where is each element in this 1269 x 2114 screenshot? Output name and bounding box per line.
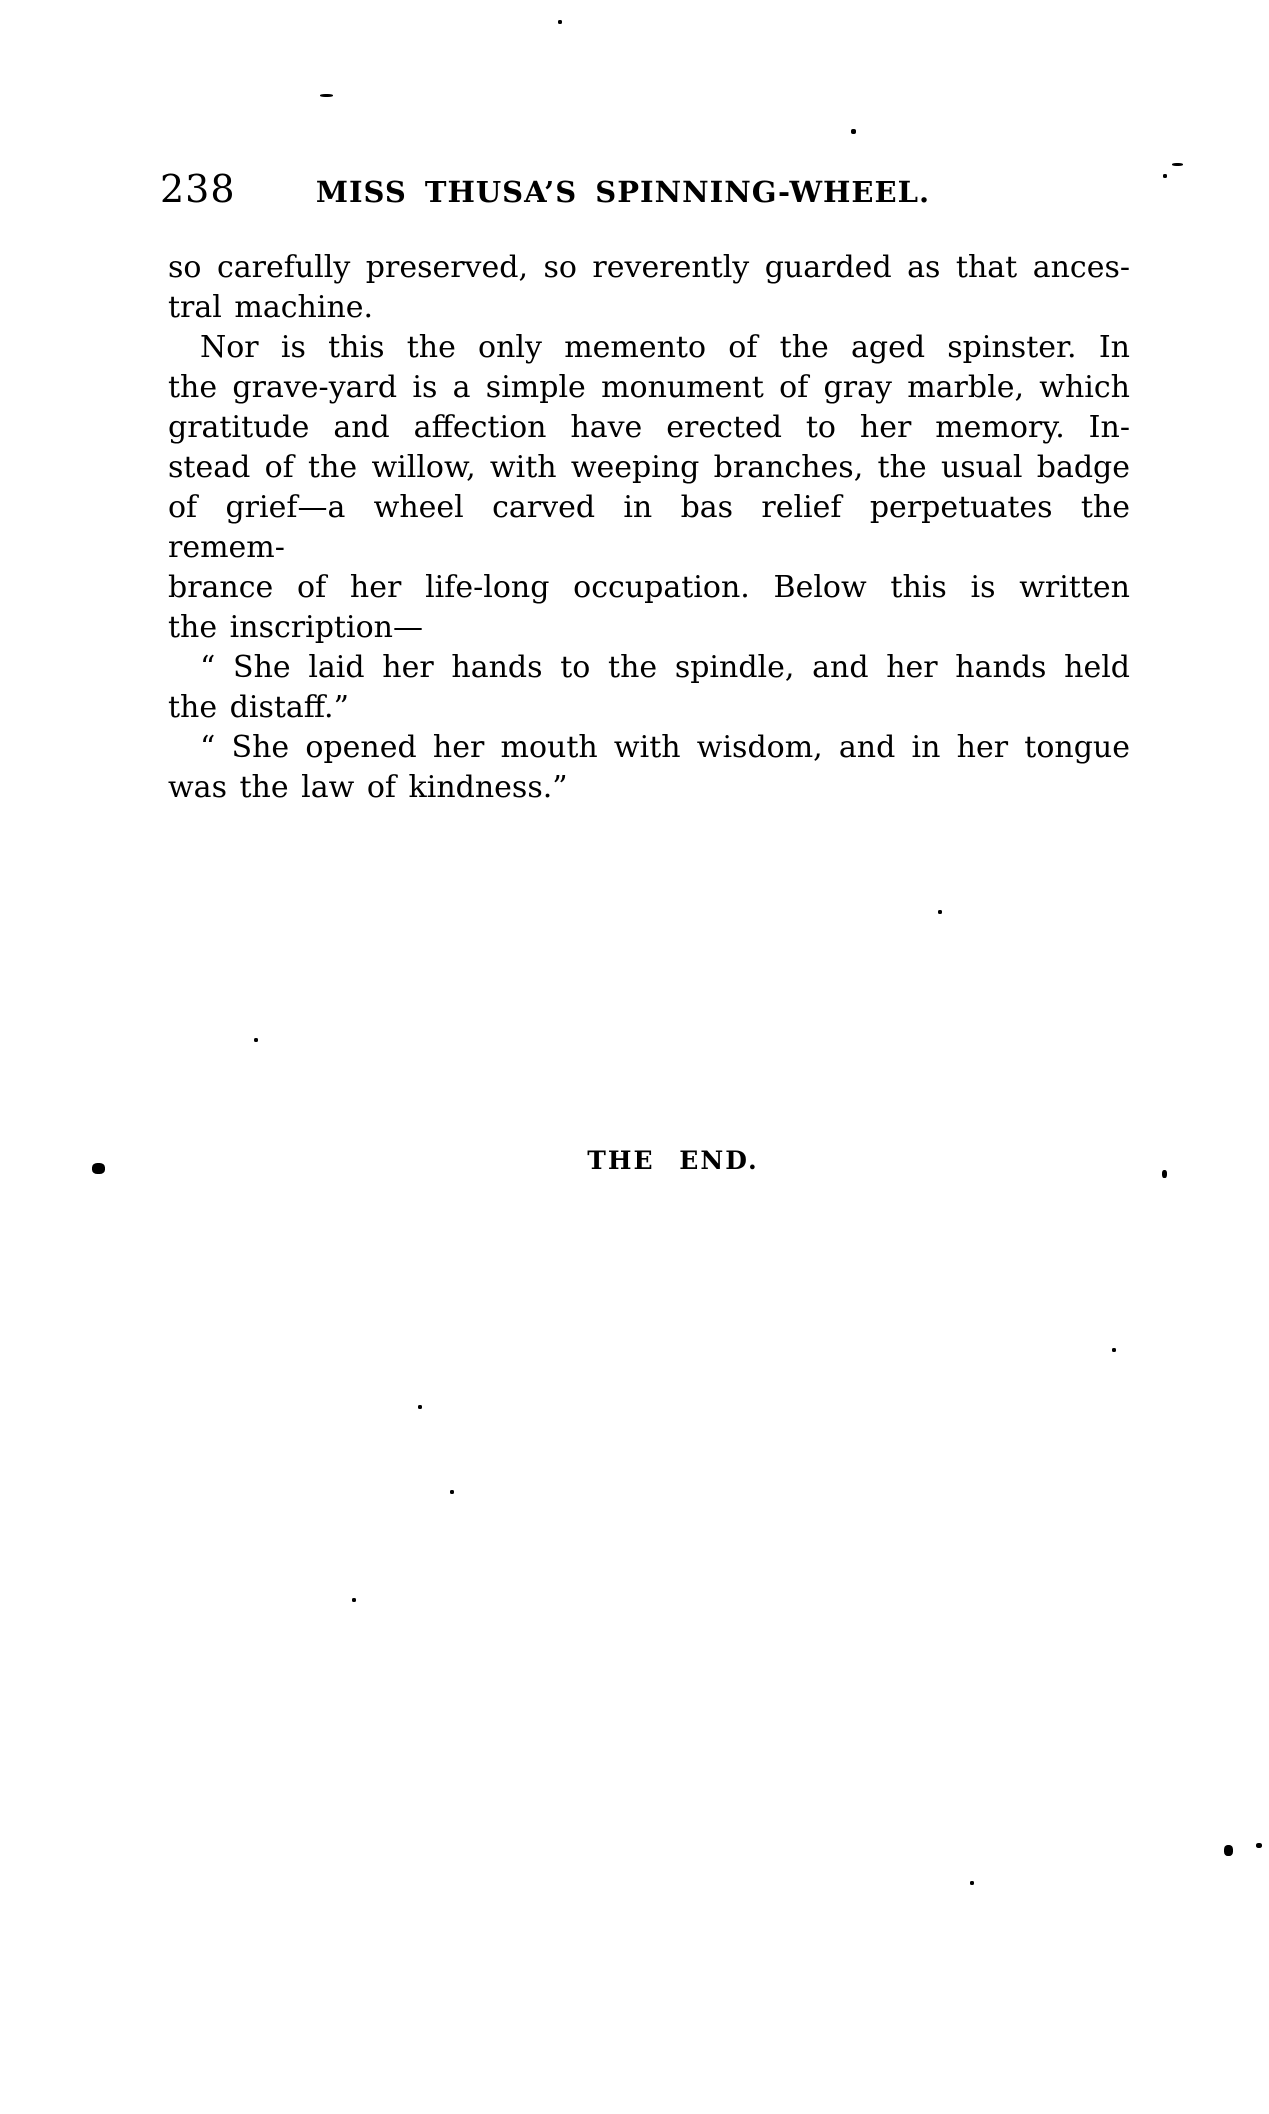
text-line: stead of the willow, with weeping branch… xyxy=(168,448,1130,488)
text-line: tral machine. xyxy=(168,288,1130,328)
scan-speck xyxy=(1256,1843,1262,1848)
scan-speck xyxy=(558,20,562,24)
scan-speck xyxy=(1112,1348,1116,1352)
text-line: the distaff.” xyxy=(168,688,1130,728)
scan-speck xyxy=(938,910,942,914)
scan-speck xyxy=(1162,1170,1167,1178)
page-number: 238 xyxy=(160,170,236,208)
text-line: brance of her life-long occupation. Belo… xyxy=(168,568,1130,608)
page-header: 238 MISS THUSA’S SPINNING-WHEEL. xyxy=(0,170,1269,214)
scan-speck xyxy=(92,1163,105,1174)
text-line: was the law of kindness.” xyxy=(168,768,1130,808)
scan-speck xyxy=(851,129,856,134)
scan-speck xyxy=(320,94,333,97)
scan-speck xyxy=(450,1490,454,1494)
text-line: of grief—a wheel carved in bas relief pe… xyxy=(168,488,1130,568)
text-line: the inscription— xyxy=(168,608,1130,648)
scan-speck xyxy=(352,1598,356,1602)
book-page: 238 MISS THUSA’S SPINNING-WHEEL. so care… xyxy=(0,0,1269,2114)
scan-speck xyxy=(1172,163,1183,166)
scan-speck xyxy=(1224,1845,1233,1856)
scan-speck xyxy=(418,1405,422,1409)
running-title: MISS THUSA’S SPINNING-WHEEL. xyxy=(316,176,930,208)
scan-speck xyxy=(1163,174,1167,178)
text-line: the grave-yard is a simple monument of g… xyxy=(168,368,1130,408)
scan-speck xyxy=(254,1038,258,1042)
text-line: gratitude and affection have erected to … xyxy=(168,408,1130,448)
the-end-label: THE END. xyxy=(587,1146,758,1175)
text-line: “ She laid her hands to the spindle, and… xyxy=(168,648,1130,688)
text-line: Nor is this the only memento of the aged… xyxy=(168,328,1130,368)
text-line: so carefully preserved, so reverently gu… xyxy=(168,248,1130,288)
text-line: “ She opened her mouth with wisdom, and … xyxy=(168,728,1130,768)
body-text: so carefully preserved, so reverently gu… xyxy=(168,248,1130,808)
scan-speck xyxy=(970,1881,974,1885)
